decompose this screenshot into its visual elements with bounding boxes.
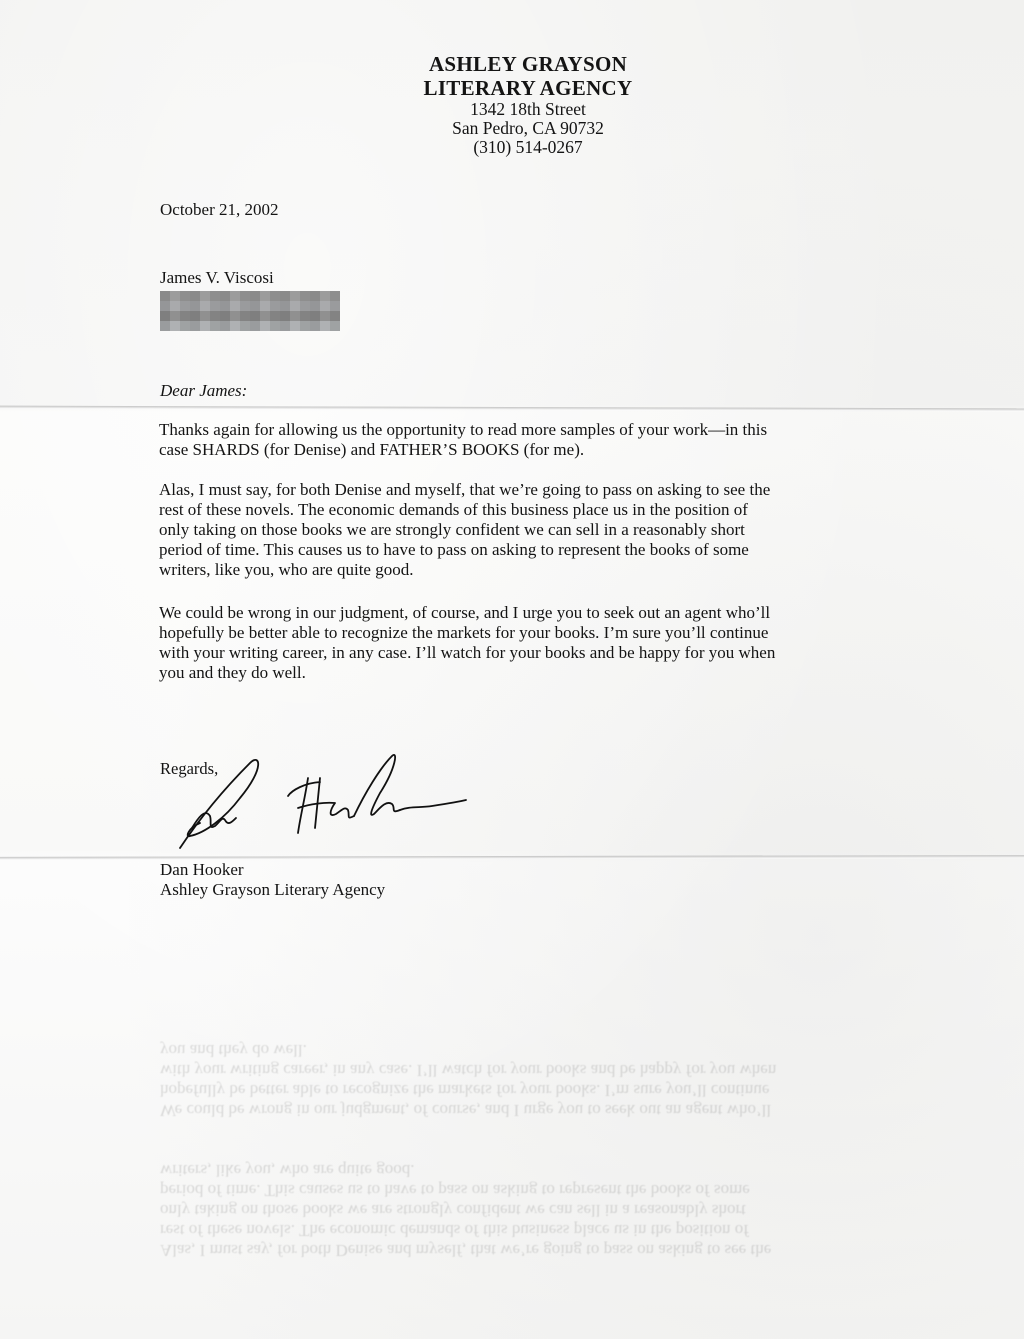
body-line: Alas, I must say, for both Denise and my… bbox=[159, 480, 919, 500]
body-line: period of time. This causes us to have t… bbox=[159, 540, 919, 560]
body-line: you and they do well. bbox=[159, 663, 919, 683]
body-line: only taking on those books we are strong… bbox=[159, 520, 919, 540]
body-line: with your writing career, in any case. I… bbox=[159, 643, 919, 663]
body-line: rest of these novels. The economic deman… bbox=[159, 500, 919, 520]
letter-date: October 21, 2002 bbox=[160, 200, 279, 220]
agency-street: 1342 18th Street bbox=[0, 100, 1024, 119]
paper-fold-line bbox=[0, 406, 1024, 412]
body-line: Thanks again for allowing us the opportu… bbox=[159, 420, 919, 440]
body-paragraph-2: Alas, I must say, for both Denise and my… bbox=[159, 480, 919, 580]
agency-name-line2: LITERARY AGENCY bbox=[0, 76, 1024, 100]
agency-city: San Pedro, CA 90732 bbox=[0, 119, 1024, 138]
signer-name: Dan Hooker bbox=[160, 860, 385, 880]
recipient-name: James V. Viscosi bbox=[160, 268, 274, 288]
salutation: Dear James: bbox=[160, 381, 247, 401]
body-paragraph-1: Thanks again for allowing us the opportu… bbox=[159, 420, 919, 460]
agency-phone: (310) 514-0267 bbox=[0, 138, 1024, 157]
ink-transfer-ghost-text: Alas, I must say, for both Denise and my… bbox=[160, 1040, 910, 1260]
paper-fold-line bbox=[0, 855, 1024, 860]
signer-organization: Ashley Grayson Literary Agency bbox=[160, 880, 385, 900]
signer-block: Dan Hooker Ashley Grayson Literary Agenc… bbox=[160, 860, 385, 900]
body-line: We could be wrong in our judgment, of co… bbox=[159, 603, 919, 623]
redacted-address-block bbox=[160, 291, 340, 331]
body-line: hopefully be better able to recognize th… bbox=[159, 623, 919, 643]
letter-page: ASHLEY GRAYSON LITERARY AGENCY 1342 18th… bbox=[0, 0, 1024, 1339]
body-paragraph-3: We could be wrong in our judgment, of co… bbox=[159, 603, 919, 683]
letterhead: ASHLEY GRAYSON LITERARY AGENCY 1342 18th… bbox=[0, 52, 1024, 157]
agency-name-line1: ASHLEY GRAYSON bbox=[0, 52, 1024, 76]
body-line: writers, like you, who are quite good. bbox=[159, 560, 919, 580]
body-line: case SHARDS (for Denise) and FATHER’S BO… bbox=[159, 440, 919, 460]
signature-icon bbox=[170, 748, 470, 858]
